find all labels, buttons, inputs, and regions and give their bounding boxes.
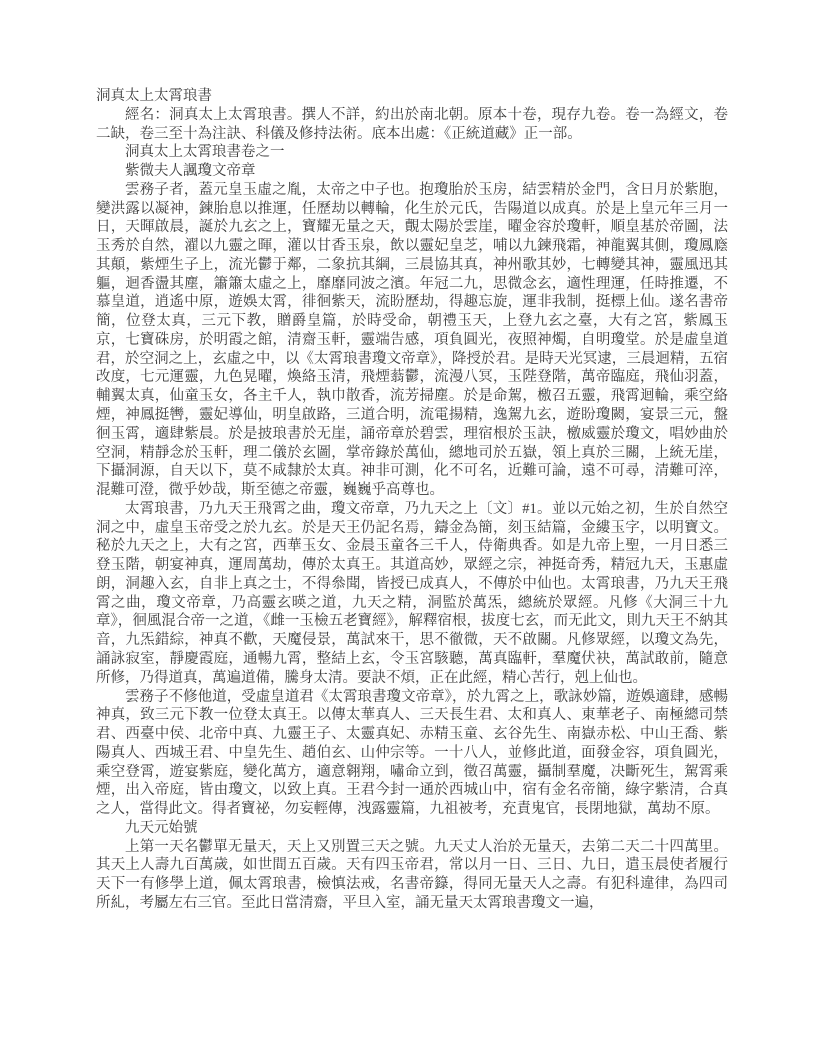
paragraph-yunwuzi-origin: 雲務子者，蓋元皇玉虛之胤，太帝之中子也。抱瓊胎於玉房，結雲精於金門，含日月於紫胞… [96, 181, 728, 500]
colophon-paragraph: 經名：洞真太上太霄琅書。撰人不詳，約出於南北朝。原本十卷，現存九卷。卷一為經文，… [96, 106, 728, 144]
document-page: 洞真太上太霄琅書 經名：洞真太上太霄琅書。撰人不詳，約出於南北朝。原本十卷，現存… [96, 87, 728, 913]
paragraph-taixiao-langshu: 太霄琅書，乃九天王飛霄之曲，瓊文帝章，乃九天之上〔文〕#1。並以元始之初，生於自… [96, 500, 728, 688]
section-heading-jiutian: 九天元始號 [96, 819, 728, 838]
volume-heading: 洞真太上太霄琅書卷之一 [96, 143, 728, 162]
paragraph-yunwuzi-transmission: 雲務子不修他道，受虛皇道君《太霄琅書瓊文帝章》，於九霄之上，歌詠妙篇，遊娛適肆，… [96, 688, 728, 819]
chapter-heading: 紫微夫人諷瓊文帝章 [96, 162, 728, 181]
document-title: 洞真太上太霄琅書 [96, 87, 728, 106]
paragraph-first-heaven: 上第一天名鬱單无量天，天上又別置三天之號。九天丈人治於无量天，去第二天二十四萬里… [96, 838, 728, 913]
